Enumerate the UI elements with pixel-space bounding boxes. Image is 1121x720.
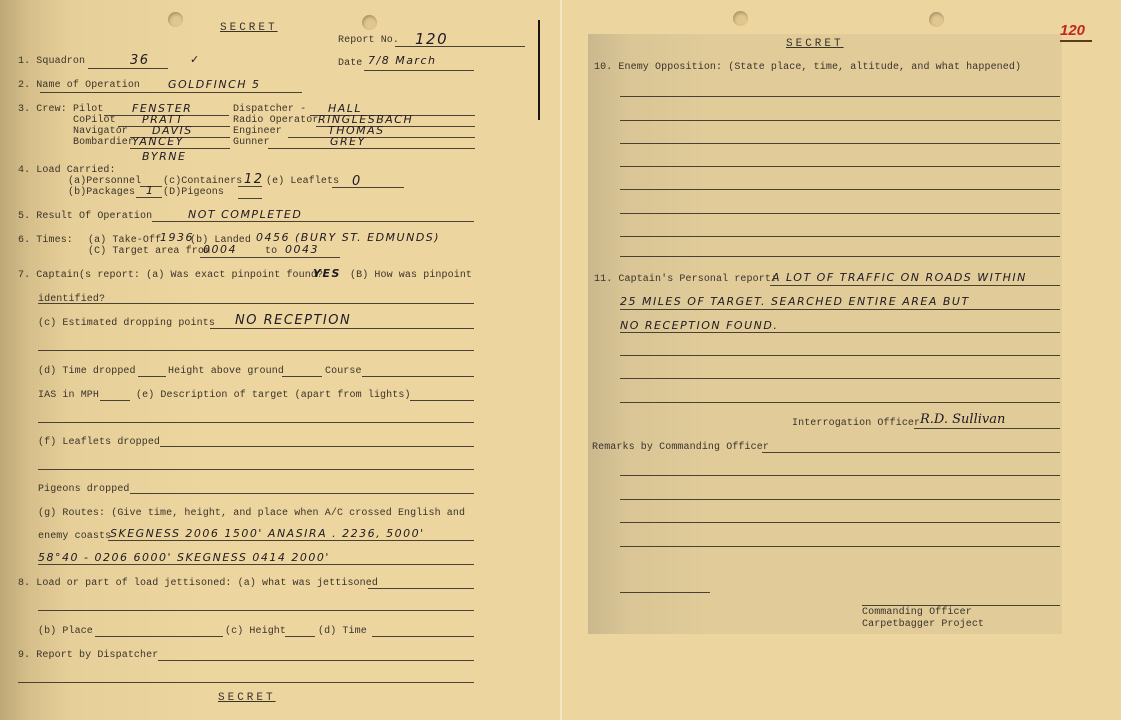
squadron-mark: ✓ <box>190 53 201 66</box>
target-desc-label: (e) Description of target (apart from li… <box>136 390 411 401</box>
punch-hole <box>929 12 944 27</box>
report-no-label: Report No. <box>338 35 399 46</box>
load-label: 4. Load Carried: <box>18 165 116 176</box>
gunner-label: Gunner <box>233 137 270 148</box>
pinpoint-found-value: YES <box>313 267 341 280</box>
bombardier-extra: BYRNE <box>142 150 186 163</box>
page-number-underline <box>1060 40 1092 42</box>
operation-label: 2. Name of Operation <box>18 80 140 91</box>
pigeons-dropped-label: Pigeons dropped <box>38 484 130 495</box>
leaflets-dropped-label: (f) Leaflets dropped <box>38 437 160 448</box>
target-from-value: 0004 <box>203 243 237 256</box>
gunner-value: GREY <box>330 135 366 148</box>
operation-value: GOLDFINCH 5 <box>168 78 261 91</box>
enemy-coasts-label: enemy coasts <box>38 531 111 542</box>
squadron-label: 1. Squadron <box>18 56 85 67</box>
jet-time-label: (d) Time <box>318 626 367 637</box>
captain-report-line-1: A LOT OF TRAFFIC ON ROADS WITHIN <box>772 271 1027 284</box>
punch-hole <box>362 15 377 30</box>
result-label: 5. Result Of Operation <box>18 211 152 222</box>
time-dropped-label: (d) Time dropped <box>38 366 136 377</box>
packages-label: (b)Packages <box>68 187 135 198</box>
routes-line-1: SKEGNESS 2006 1500' ANASIRA . 2236, 5000… <box>110 527 425 540</box>
engineer-label: Engineer <box>233 126 282 137</box>
bleed-through-area <box>588 34 1062 634</box>
remarks-label: Remarks by Commanding Officer <box>592 442 769 453</box>
footer-secret: SECRET <box>218 692 276 704</box>
report-page-right: SECRET 10. Enemy Opposition: (State plac… <box>562 0 1121 720</box>
navigator-label: Navigator <box>73 126 128 137</box>
captain-report-label: 7. Captain(s report: (a) Was exact pinpo… <box>18 270 323 281</box>
report-page-left: SECRET Report No. 120 1. Squadron 36 ✓ D… <box>0 0 560 720</box>
punch-hole <box>168 12 183 27</box>
captain-report-line-3: NO RECEPTION FOUND. <box>620 319 778 332</box>
dispatcher-label: Dispatcher - <box>233 104 306 115</box>
interrogation-officer-label: Interrogation Officer <box>792 418 920 429</box>
radio-label: Radio Operator <box>233 115 318 126</box>
takeoff-value: 1936 <box>160 231 194 244</box>
pilot-label: Pilot <box>73 104 104 115</box>
enemy-opposition-label: 10. Enemy Opposition: (State place, time… <box>594 62 1021 73</box>
target-to-label: to <box>265 246 277 257</box>
routes-line-2: 58°40 - 0206 6000' SKEGNESS 0414 2000' <box>38 551 330 564</box>
bombardier-value: YANCEY <box>132 135 184 148</box>
dispatcher-report-label: 9. Report by Dispatcher <box>18 650 158 661</box>
bombardier-label: Bombardier <box>73 137 134 148</box>
leaflets-label: (e) Leaflets <box>266 176 339 187</box>
pigeons-label: (D)Pigeons <box>163 187 224 198</box>
co-project: Carpetbagger Project <box>862 619 984 630</box>
ias-label: IAS in MPH <box>38 390 99 401</box>
margin-bar <box>538 20 540 120</box>
routes-label: (g) Routes: (Give time, height, and plac… <box>38 508 465 519</box>
captain-personal-report-label: 11. Captain's Personal report: <box>594 274 777 285</box>
captain-report-line-2: 25 MILES OF TARGET. SEARCHED ENTIRE AREA… <box>620 295 970 308</box>
crew-label: 3. Crew: <box>18 104 67 115</box>
result-value: NOT COMPLETED <box>188 208 302 221</box>
landed-value: 0456 (BURY ST. EDMUNDS) <box>256 231 440 244</box>
jettison-label: 8. Load or part of load jettisoned: (a) … <box>18 578 378 589</box>
times-label: 6. Times: <box>18 235 73 246</box>
est-drop-label: (c) Estimated dropping points <box>38 318 215 329</box>
interrogation-signature: R.D. Sullivan <box>920 412 1005 427</box>
date-value: 7/8 March <box>368 54 436 67</box>
target-label: (C) Target area from <box>88 246 210 257</box>
course-label: Course <box>325 366 362 377</box>
height-label: Height above ground <box>168 366 284 377</box>
place-label: (b) Place <box>38 626 93 637</box>
containers-label: (c)Containers <box>163 176 242 187</box>
punch-hole <box>733 11 748 26</box>
header-secret: SECRET <box>220 22 278 34</box>
co-title: Commanding Officer <box>862 607 972 618</box>
containers-value: 12 <box>244 172 264 187</box>
date-label: Date <box>338 58 362 69</box>
jet-height-label: (c) Height <box>225 626 286 637</box>
takeoff-label: (a) Take-Off <box>88 235 161 246</box>
target-to-value: 0043 <box>285 243 319 256</box>
header-secret: SECRET <box>786 38 844 50</box>
copilot-label: CoPilot <box>73 115 116 126</box>
personnel-label: (a)Personnel <box>68 176 141 187</box>
squadron-value: 36 <box>130 53 150 68</box>
est-drop-value: NO RECEPTION <box>235 313 351 328</box>
page-number: 120 <box>1060 22 1085 39</box>
pinpoint-how-label: (B) How was pinpoint <box>350 270 472 281</box>
packages-value: 1 <box>146 184 155 197</box>
